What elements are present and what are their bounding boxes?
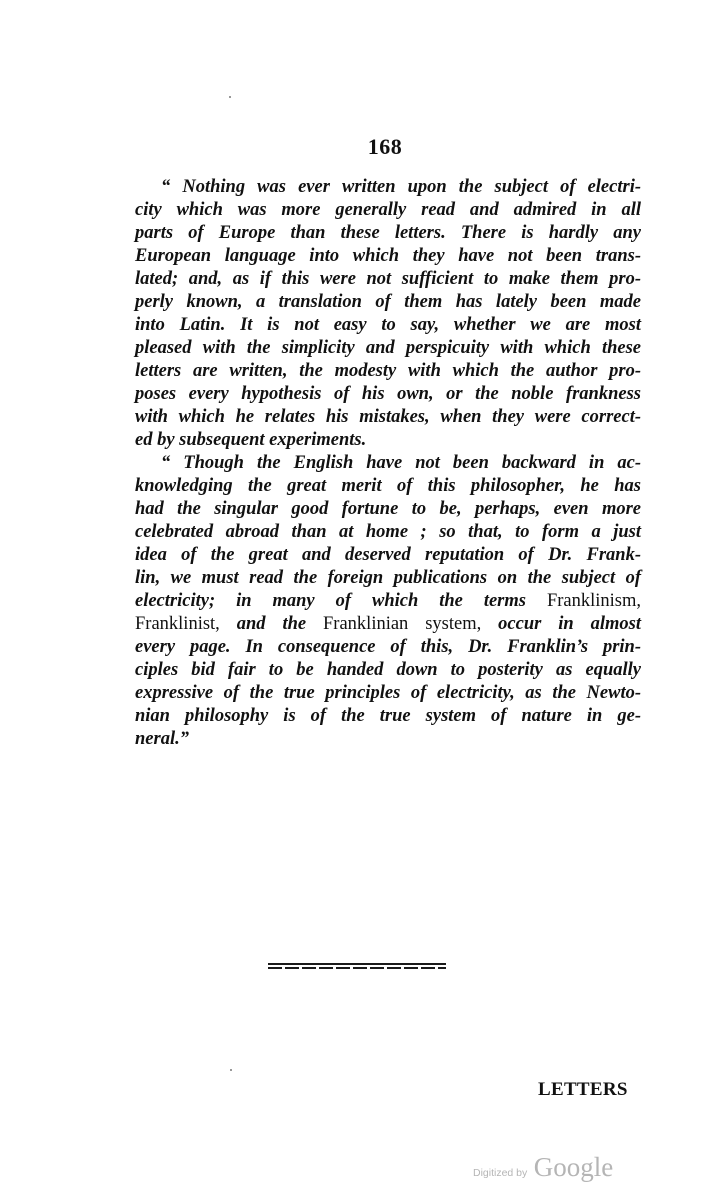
text-line: with which he relates his mistakes, when… bbox=[135, 406, 641, 429]
text-line: expressive of the true principles of ele… bbox=[135, 682, 641, 705]
text-line: European language into which they have n… bbox=[135, 245, 641, 268]
google-logo-text: Google bbox=[534, 1152, 613, 1182]
text-line: ed by subsequent experiments. bbox=[135, 429, 641, 452]
text-line: lin, we must read the foreign publicatio… bbox=[135, 567, 641, 590]
scan-speck bbox=[229, 96, 231, 98]
text-line: knowledging the great merit of this phil… bbox=[135, 475, 641, 498]
quoted-text-block: “ Nothing was ever written upon the subj… bbox=[135, 176, 641, 751]
digitized-by-google-watermark: Digitized by Google bbox=[473, 1152, 613, 1183]
text-line-mixed: electricity; in many of which the terms … bbox=[135, 590, 641, 613]
paragraph-1: “ Nothing was ever written upon the subj… bbox=[135, 176, 641, 452]
rule-line-top bbox=[268, 963, 446, 965]
watermark-prefix: Digitized by bbox=[473, 1167, 527, 1179]
text-italic: occur in almost bbox=[481, 614, 641, 634]
text-line: parts of Europe than these letters. Ther… bbox=[135, 222, 641, 245]
text-line: poses every hypothesis of his own, or th… bbox=[135, 383, 641, 406]
catchword: LETTERS bbox=[538, 1079, 628, 1101]
text-line: ciples bid fair to be handed down to pos… bbox=[135, 659, 641, 682]
text-line: letters are written, the modesty with wh… bbox=[135, 360, 641, 383]
rule-line-bottom bbox=[268, 967, 446, 969]
text-line: celebrated abroad than at home ; so that… bbox=[135, 521, 641, 544]
text-line: nian philosophy is of the true system of… bbox=[135, 705, 641, 728]
text-line: every page. In consequence of this, Dr. … bbox=[135, 636, 641, 659]
text-line: “ Though the English have not been backw… bbox=[135, 452, 641, 475]
text-line: lated; and, as if this were not sufficie… bbox=[135, 268, 641, 291]
scan-speck bbox=[230, 1069, 232, 1071]
text-line: perly known, a translation of them has l… bbox=[135, 291, 641, 314]
text-line: had the singular good fortune to be, per… bbox=[135, 498, 641, 521]
term-franklinism: Franklinism, bbox=[547, 591, 641, 611]
paragraph-2: “ Though the English have not been backw… bbox=[135, 452, 641, 751]
term-franklinian-system: Franklinian system, bbox=[323, 614, 481, 634]
text-line: neral.” bbox=[135, 728, 641, 751]
term-franklinist: Franklinist, bbox=[135, 614, 220, 634]
text-line-mixed: Franklinist, and the Franklinian system,… bbox=[135, 613, 641, 636]
text-italic: electricity; in many of which the terms bbox=[135, 591, 547, 611]
section-divider-rule bbox=[268, 963, 446, 969]
text-italic: and the bbox=[220, 614, 323, 634]
page-number: 168 bbox=[0, 134, 722, 160]
text-line: into Latin. It is not easy to say, wheth… bbox=[135, 314, 641, 337]
text-line: pleased with the simplicity and perspicu… bbox=[135, 337, 641, 360]
text-line: city which was more generally read and a… bbox=[135, 199, 641, 222]
text-line: “ Nothing was ever written upon the subj… bbox=[135, 176, 641, 199]
text-line: idea of the great and deserved reputatio… bbox=[135, 544, 641, 567]
